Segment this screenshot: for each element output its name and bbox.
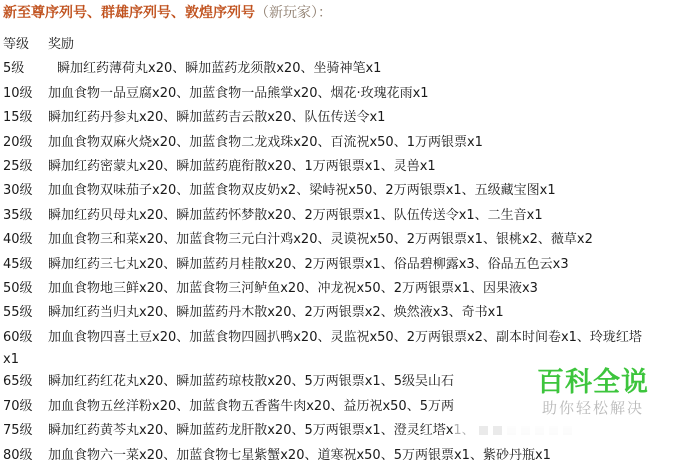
level-cell: 35级 (3, 204, 48, 228)
table-row: 55级瞬加红药当归丸x20、瞬加蓝药丹木散x20、2万两银票x2、焕然液x3、奇… (3, 301, 681, 325)
document-page: 新至尊序列号、群雄序列号、敦煌序列号（新玩家）： 等级奖励 5级瞬加红药薄荷丸x… (0, 0, 681, 460)
table-row: 35级瞬加红药贝母丸x20、瞬加蓝药怀梦散x20、2万两银票x1、队伍传送令x1… (3, 204, 681, 228)
table-row: 80级加血食物六一菜x20、加蓝食物七星紫蟹x20、道寒祝x50、5万两银票x1… (3, 444, 681, 460)
reward-cell: 瞬加红药三七丸x20、瞬加蓝药月桂散x20、2万两银票x1、俗品碧柳露x3、俗品… (48, 257, 569, 272)
level-cell: 15级 (3, 106, 48, 130)
level-cell: 70级 (3, 395, 48, 419)
reward-cell: 加血食物双味茄子x20、加蓝食物双皮奶x2、梁峙祝x50、2万两银票x1、五级藏… (48, 183, 556, 198)
level-cell: 80级 (3, 444, 48, 460)
table-row: 50级加血食物地三鲜x20、加蓝食物三河鲈鱼x20、冲龙祝x50、2万两银票x1… (3, 277, 681, 301)
table-header-row: 等级奖励 (3, 33, 681, 57)
reward-cell: 瞬加红药密蒙丸x20、瞬加蓝药鹿衔散x20、1万两银票x1、灵兽x1 (48, 159, 436, 174)
reward-cell: 瞬加红药贝母丸x20、瞬加蓝药怀梦散x20、2万两银票x1、队伍传送令x1、二生… (48, 208, 543, 223)
level-cell: 25级 (3, 155, 48, 179)
reward-cell: 瞬加红药红花丸x20、瞬加蓝药琼枝散x20、5万两银票x1、5级吴山石 (48, 374, 454, 389)
page-title: 新至尊序列号、群雄序列号、敦煌序列号（新玩家）： (3, 4, 332, 22)
reward-cell: 瞬加红药黄芩丸x20、瞬加蓝药龙肝散x20、5万两银票x1、澄灵红塔x (48, 423, 453, 438)
level-cell: 10级 (3, 82, 48, 106)
table-row: 10级加血食物一品豆腐x20、加蓝食物一品熊掌x20、烟花·玫瑰花雨x1 (3, 82, 681, 106)
header-level: 等级 (3, 33, 48, 57)
reward-cell: 加血食物一品豆腐x20、加蓝食物一品熊掌x20、烟花·玫瑰花雨x1 (48, 86, 429, 101)
reward-cell-wrap: x1 (3, 352, 19, 367)
table-row: 5级瞬加红药薄荷丸x20、瞬加蓝药龙须散x20、坐骑神笔x1 (3, 57, 681, 81)
table-row: 40级加血食物三和菜x20、加蓝食物三元白汁鸡x20、灵谟祝x50、2万两银票x… (3, 228, 681, 252)
table-row: 60级加血食物四喜土豆x20、加蓝食物四圆扒鸭x20、灵监祝x50、2万两银票x… (3, 326, 681, 350)
watermark-slogan-text: 助你轻松解决 (505, 399, 681, 417)
header-reward: 奖励 (48, 37, 74, 52)
title-suffix: （新玩家）： (255, 5, 332, 21)
reward-cell: 加血食物三和菜x20、加蓝食物三元白汁鸡x20、灵谟祝x50、2万两银票x1、银… (48, 232, 593, 247)
reward-cell: 加血食物四喜土豆x20、加蓝食物四圆扒鸭x20、灵监祝x50、2万两银票x2、副… (48, 330, 642, 345)
level-cell: 40级 (3, 228, 48, 252)
reward-cell: 瞬加红药当归丸x20、瞬加蓝药丹木散x20、2万两银票x2、焕然液x3、奇书x1 (48, 305, 504, 320)
level-cell: 30级 (3, 179, 48, 203)
table-row: 30级加血食物双味茄子x20、加蓝食物双皮奶x2、梁峙祝x50、2万两银票x1、… (3, 179, 681, 203)
reward-faded-tail: 1、 (453, 423, 474, 438)
level-cell: 55级 (3, 301, 48, 325)
reward-cell: 加血食物地三鲜x20、加蓝食物三河鲈鱼x20、冲龙祝x50、2万两银票x1、因果… (48, 281, 538, 296)
level-cell: 65级 (3, 370, 48, 394)
watermark-brand-text: 百科全说 (505, 368, 681, 398)
title-highlight: 新至尊序列号、群雄序列号、敦煌序列号 (3, 5, 255, 21)
table-row: 45级瞬加红药三七丸x20、瞬加蓝药月桂散x20、2万两银票x1、俗品碧柳露x3… (3, 253, 681, 277)
reward-cell: 瞬加红药丹参丸x20、瞬加蓝药吉云散x20、队伍传送令x1 (48, 110, 385, 125)
table-row: 25级瞬加红药密蒙丸x20、瞬加蓝药鹿衔散x20、1万两银票x1、灵兽x1 (3, 155, 681, 179)
level-cell: 5级 (3, 57, 48, 81)
reward-cell: 加血食物六一菜x20、加蓝食物七星紫蟹x20、道寒祝x50、5万两银票x1、紫砂… (48, 448, 551, 460)
level-cell: 45级 (3, 253, 48, 277)
level-cell: 75级 (3, 419, 48, 443)
level-cell: 60级 (3, 326, 48, 350)
table-row: 20级加血食物双麻火烧x20、加蓝食物二龙戏珠x20、百流祝x50、1万两银票x… (3, 131, 681, 155)
reward-cell: 瞬加红药薄荷丸x20、瞬加蓝药龙须散x20、坐骑神笔x1 (48, 61, 381, 76)
level-cell: 20级 (3, 131, 48, 155)
reward-cell: 加血食物双麻火烧x20、加蓝食物二龙戏珠x20、百流祝x50、1万两银票x1 (48, 135, 483, 150)
table-row: 15级瞬加红药丹参丸x20、瞬加蓝药吉云散x20、队伍传送令x1 (3, 106, 681, 130)
watermark-overlay: 百科全说 助你轻松解决 (505, 357, 681, 445)
reward-cell: 加血食物五丝洋粉x20、加蓝食物五香酱牛肉x20、益历祝x50、5万两 (48, 399, 454, 414)
level-cell: 50级 (3, 277, 48, 301)
